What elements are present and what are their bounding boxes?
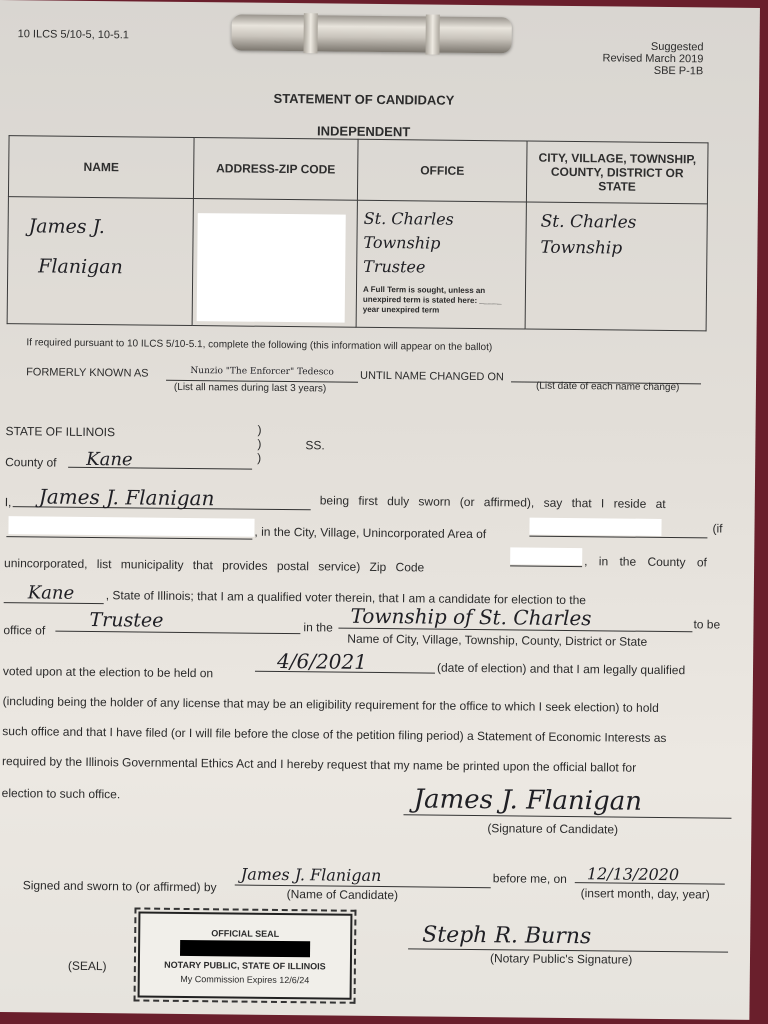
office-line-3: Trustee <box>363 255 453 280</box>
notary-signature-caption: (Notary Public's Signature) <box>490 951 632 966</box>
affidavit-text-7: voted upon at the election to be held on <box>3 664 213 680</box>
county-field[interactable]: Kane <box>68 449 252 470</box>
jurisdiction-line-1: St. Charles <box>541 209 637 236</box>
affidavit-text-2: , in the City, Village, Unincorporated A… <box>254 525 486 541</box>
sworn-label: Signed and sworn to (or affirmed) by <box>23 878 217 894</box>
term-note: A Full Term is sought, unless an unexpir… <box>363 285 503 316</box>
statement-of-candidacy-form: 10 ILCS 5/10-5, 10-5.1 Suggested Revised… <box>0 0 760 1020</box>
header-name: NAME <box>8 136 194 199</box>
affidavit-text-8: (date of election) and that I am legally… <box>437 661 685 678</box>
form-id: SBE P-1B <box>602 64 703 77</box>
to-be-label: to be <box>693 617 720 631</box>
jurisdiction-value-2: Township of St. Charles <box>338 604 591 631</box>
venue-brackets: ))) <box>257 423 261 465</box>
residence-field[interactable] <box>6 516 252 540</box>
name-change-label: UNTIL NAME CHANGED ON <box>360 370 504 384</box>
address-redaction <box>197 213 346 323</box>
cell-office: St. Charles Township Trustee A Full Term… <box>356 200 526 329</box>
revised-date: Revised March 2019 <box>602 52 703 65</box>
seal-title: OFFICIAL SEAL <box>140 928 350 940</box>
cell-jurisdiction: St. Charles Township <box>525 202 707 331</box>
former-name-value: Nunzio "The Enforcer" Tedesco <box>166 366 358 378</box>
office-value: St. Charles Township Trustee <box>363 207 454 280</box>
cell-name: James J. Flanigan <box>7 197 193 326</box>
zip-redaction <box>510 547 582 565</box>
statute-reference: 10 ILCS 5/10-5, 10-5.1 <box>18 28 129 41</box>
affidavit-text-1: being first duly sworn (or affirmed), sa… <box>320 493 666 511</box>
election-date-field[interactable]: 4/6/2021 <box>255 649 435 674</box>
suggested-label: Suggested <box>603 40 704 53</box>
jurisdiction-caption: Name of City, Village, Township, County,… <box>347 632 647 649</box>
former-name-field[interactable]: Nunzio "The Enforcer" Tedesco <box>166 366 358 383</box>
office-label: office of <box>3 623 45 637</box>
county-value: Kane <box>68 449 133 471</box>
affidavit-text-9: (including being the holder of any licen… <box>3 694 659 715</box>
state-label: STATE OF ILLINOIS <box>5 424 115 439</box>
form-revision: Suggested Revised March 2019 SBE P-1B <box>602 40 703 77</box>
affidavit-text-5: , in the County of <box>584 554 707 569</box>
affidavit-text-3: (if <box>712 521 722 535</box>
jurisdiction-value: St. Charles Township <box>540 209 636 262</box>
seal-label: (SEAL) <box>68 959 107 973</box>
ss-label: SS. <box>305 438 324 452</box>
name-change-caption: (List date of each name change) <box>536 381 680 394</box>
sworn-name-caption: (Name of Candidate) <box>287 887 399 902</box>
notary-signature: Steph R. Burns <box>408 922 591 949</box>
jurisdiction-field[interactable]: Township of St. Charles <box>338 604 692 633</box>
affidavit-text-10: such office and that I have filed (or I … <box>2 724 666 745</box>
office-line-1: St. Charles <box>364 207 454 232</box>
notary-seal: OFFICIAL SEAL NOTARY PUBLIC, STATE OF IL… <box>138 911 353 999</box>
former-name-caption: (List all names during last 3 years) <box>174 382 326 395</box>
affidavit-i: I, <box>5 495 12 509</box>
notary-signature-field[interactable]: Steph R. Burns <box>408 922 728 952</box>
header-address: ADDRESS-ZIP CODE <box>193 138 358 201</box>
form-title: STATEMENT OF CANDIDACY <box>0 88 729 111</box>
county-field-2[interactable]: Kane <box>4 582 104 604</box>
name-line-1: James J. <box>29 215 105 238</box>
sworn-name-value: James J. Flanigan <box>235 865 382 886</box>
candidate-signature-field[interactable]: James J. Flanigan <box>403 784 731 818</box>
former-name-label: FORMERLY KNOWN AS <box>26 366 149 379</box>
affidavit-text-12: election to such office. <box>2 786 121 801</box>
notary-name-redaction <box>180 940 310 957</box>
candidate-signature: James J. Flanigan <box>403 784 642 816</box>
sworn-date-value: 12/13/2020 <box>575 864 679 884</box>
county-label: County of <box>5 455 57 470</box>
header-office: OFFICE <box>357 139 527 202</box>
candidate-name-field[interactable]: James J. Flanigan <box>13 484 311 510</box>
office-value-2: Trustee <box>55 609 163 632</box>
seal-commission-expiry: My Commission Expires 12/6/24 <box>140 974 350 986</box>
cell-address <box>192 199 357 328</box>
former-name-intro: If required pursuant to 10 ILCS 5/10-5.1… <box>26 337 492 353</box>
jurisdiction-line-2: Township <box>540 235 636 262</box>
sworn-name-field[interactable]: James J. Flanigan <box>235 865 491 889</box>
clipboard-clip <box>231 14 511 53</box>
affidavit-text-4: unincorporated, list municipality that p… <box>4 556 424 574</box>
before-me-label: before me, on <box>493 871 567 886</box>
name-line-2: Flanigan <box>38 255 123 278</box>
in-the-label: in the <box>303 620 333 634</box>
office-line-2: Township <box>363 231 453 256</box>
candidate-name-value: James J. Flanigan <box>13 484 215 510</box>
sworn-date-field[interactable]: 12/13/2020 <box>575 864 725 885</box>
date-caption: (insert month, day, year) <box>581 886 710 901</box>
clip-band <box>425 14 439 54</box>
candidate-signature-caption: (Signature of Candidate) <box>487 821 618 836</box>
city-redaction <box>529 518 661 536</box>
affidavit-text-11: required by the Illinois Governmental Et… <box>2 754 636 775</box>
seal-line-1: NOTARY PUBLIC, STATE OF ILLINOIS <box>140 960 350 972</box>
county-value-2: Kane <box>4 582 75 604</box>
office-field[interactable]: Trustee <box>55 609 300 635</box>
header-jurisdiction: CITY, VILLAGE, TOWNSHIP, COUNTY, DISTRIC… <box>526 141 708 204</box>
election-date-value: 4/6/2021 <box>255 649 367 674</box>
clip-band <box>303 13 317 53</box>
residence-redaction <box>8 516 254 537</box>
zip-field[interactable] <box>510 547 582 567</box>
city-field[interactable] <box>529 518 707 539</box>
candidate-table: NAME ADDRESS-ZIP CODE OFFICE CITY, VILLA… <box>7 135 709 331</box>
